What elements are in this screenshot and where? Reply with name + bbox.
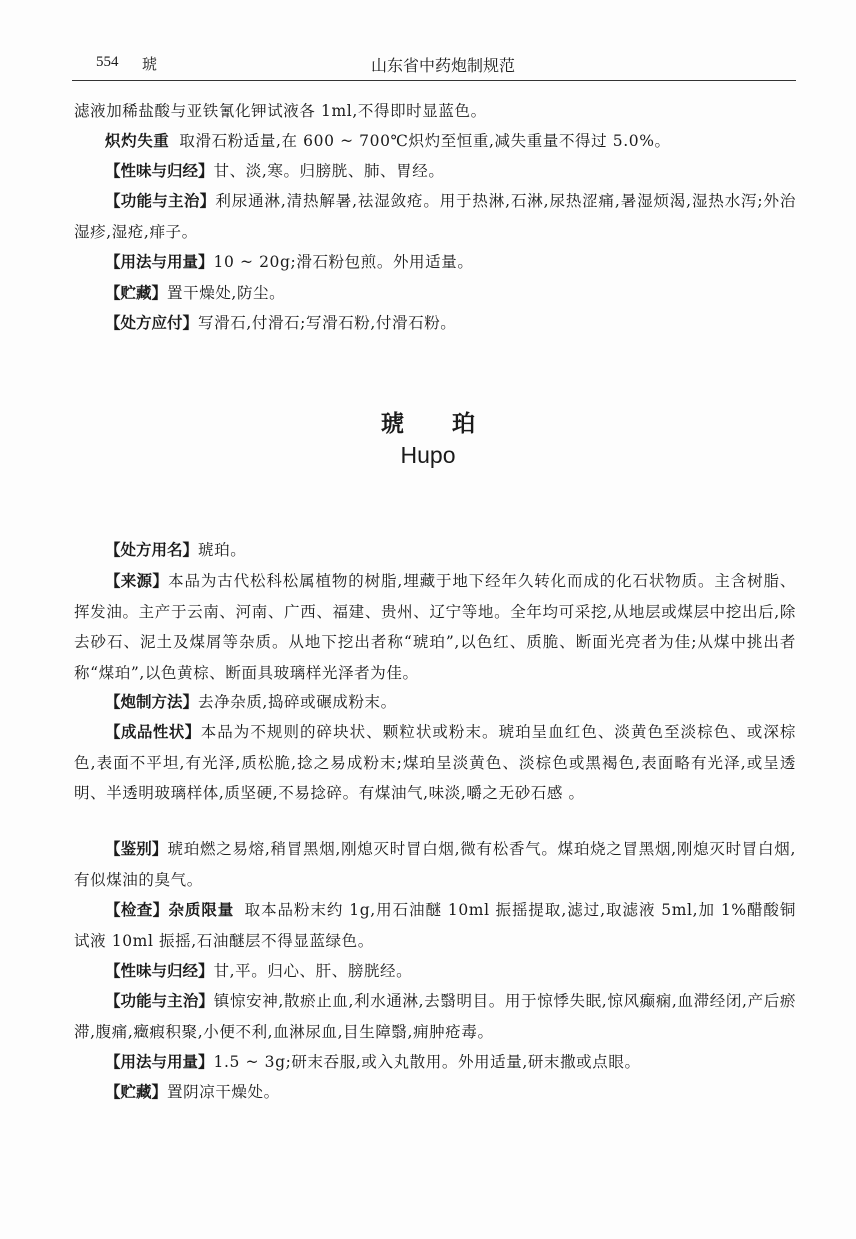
section-usage: 【用法与用量】1.5 ~ 3g;研末吞服,或入丸散用。外用适量,研末撒或点眼。 <box>74 1047 796 1078</box>
section-text: 写滑石,付滑石;写滑石粉,付滑石粉。 <box>198 314 456 332</box>
section-label: 【鉴别】 <box>105 840 168 858</box>
section-label: 【用法与用量】 <box>105 1053 214 1071</box>
section-function: 【功能与主治】镇惊安神,散瘀止血,利水通淋,去翳明目。用于惊悸失眠,惊风癫痫,血… <box>74 986 796 1047</box>
section-label: 【功能与主治】 <box>105 992 214 1010</box>
section-text: 置阴凉干燥处。 <box>167 1083 280 1101</box>
paragraph-text: 滤液加稀盐酸与亚铁氰化钾试液各 1ml,不得即时显蓝色。 <box>74 102 487 120</box>
prev-nature: 【性味与归经】甘、淡,寒。归膀胱、肺、胃经。 <box>74 156 796 187</box>
section-text: 甘,平。归心、肝、膀胱经。 <box>214 962 413 980</box>
section-text: 去净杂质,捣碎或碾成粉末。 <box>198 693 397 711</box>
section-processing: 【炮制方法】去净杂质,捣碎或碾成粉末。 <box>74 687 796 718</box>
section-characteristics: 【成品性状】本品为不规则的碎块状、颗粒状或粉末。琥珀呈血红色、淡黄色至淡棕色、或… <box>74 717 796 809</box>
section-label: 【功能与主治】 <box>105 192 215 210</box>
section-label: 【处方用名】 <box>105 541 198 559</box>
prev-prescription: 【处方应付】写滑石,付滑石;写滑石粉,付滑石粉。 <box>74 308 796 339</box>
section-label: 【贮藏】 <box>105 1083 167 1101</box>
section-label: 【性味与归经】 <box>105 962 214 980</box>
section-text: 本品为古代松科松属植物的树脂,埋藏于地下经年久转化而成的化石状物质。主含树脂、挥… <box>74 572 796 682</box>
section-label: 炽灼失重 <box>105 132 169 150</box>
section-label: 【检查】 <box>105 901 168 919</box>
prev-usage: 【用法与用量】10 ~ 20g;滑石粉包煎。外用适量。 <box>74 247 796 278</box>
section-label: 【性味与归经】 <box>105 162 214 180</box>
section-sublabel: 杂质限量 <box>168 901 234 919</box>
book-title: 山东省中药炮制规范 <box>72 53 794 76</box>
page-header: 554 琥 山东省中药炮制规范 <box>72 50 794 80</box>
section-storage: 【贮藏】置阴凉干燥处。 <box>74 1077 796 1108</box>
section-label: 【成品性状】 <box>105 723 201 741</box>
section-label: 【炮制方法】 <box>105 693 198 711</box>
section-rx-name: 【处方用名】琥珀。 <box>74 535 796 566</box>
section-text: 1.5 ~ 3g;研末吞服,或入丸散用。外用适量,研末撒或点眼。 <box>214 1053 641 1071</box>
entry-title-pinyin: Hupo <box>0 442 856 469</box>
section-text: 置干燥处,防尘。 <box>167 284 285 302</box>
section-label: 【处方应付】 <box>105 314 198 332</box>
section-text: 取滑石粉适量,在 600 ~ 700℃炽灼至恒重,减失重量不得过 5.0%。 <box>179 132 670 150</box>
section-label: 【贮藏】 <box>105 284 167 302</box>
section-identification: 【鉴别】琥珀燃之易熔,稍冒黑烟,刚熄灭时冒白烟,微有松香气。煤珀烧之冒黑烟,刚熄… <box>74 834 796 895</box>
prev-ignition-loss: 炽灼失重取滑石粉适量,在 600 ~ 700℃炽灼至恒重,减失重量不得过 5.0… <box>74 126 796 157</box>
section-nature: 【性味与归经】甘,平。归心、肝、膀胱经。 <box>74 956 796 987</box>
header-divider <box>72 80 796 81</box>
entry-title-chinese: 琥珀 <box>0 405 856 438</box>
section-label: 【用法与用量】 <box>105 253 214 271</box>
section-text: 10 ~ 20g;滑石粉包煎。外用适量。 <box>214 253 474 271</box>
section-text: 琥珀。 <box>198 541 246 559</box>
prev-function: 【功能与主治】利尿通淋,清热解暑,祛湿敛疮。用于热淋,石淋,尿热涩痛,暑湿烦渴,… <box>74 186 796 247</box>
section-source: 【来源】本品为古代松科松属植物的树脂,埋藏于地下经年久转化而成的化石状物质。主含… <box>74 566 796 688</box>
section-text: 甘、淡,寒。归膀胱、肺、胃经。 <box>214 162 445 180</box>
section-inspection: 【检查】杂质限量取本品粉末约 1g,用石油醚 10ml 振摇提取,滤过,取滤液 … <box>74 895 796 956</box>
section-label: 【来源】 <box>105 572 168 590</box>
section-text: 琥珀燃之易熔,稍冒黑烟,刚熄灭时冒白烟,微有松香气。煤珀烧之冒黑烟,刚熄灭时冒白… <box>74 840 796 889</box>
prev-storage: 【贮藏】置干燥处,防尘。 <box>74 278 796 309</box>
prev-continuation: 滤液加稀盐酸与亚铁氰化钾试液各 1ml,不得即时显蓝色。 <box>74 96 796 127</box>
